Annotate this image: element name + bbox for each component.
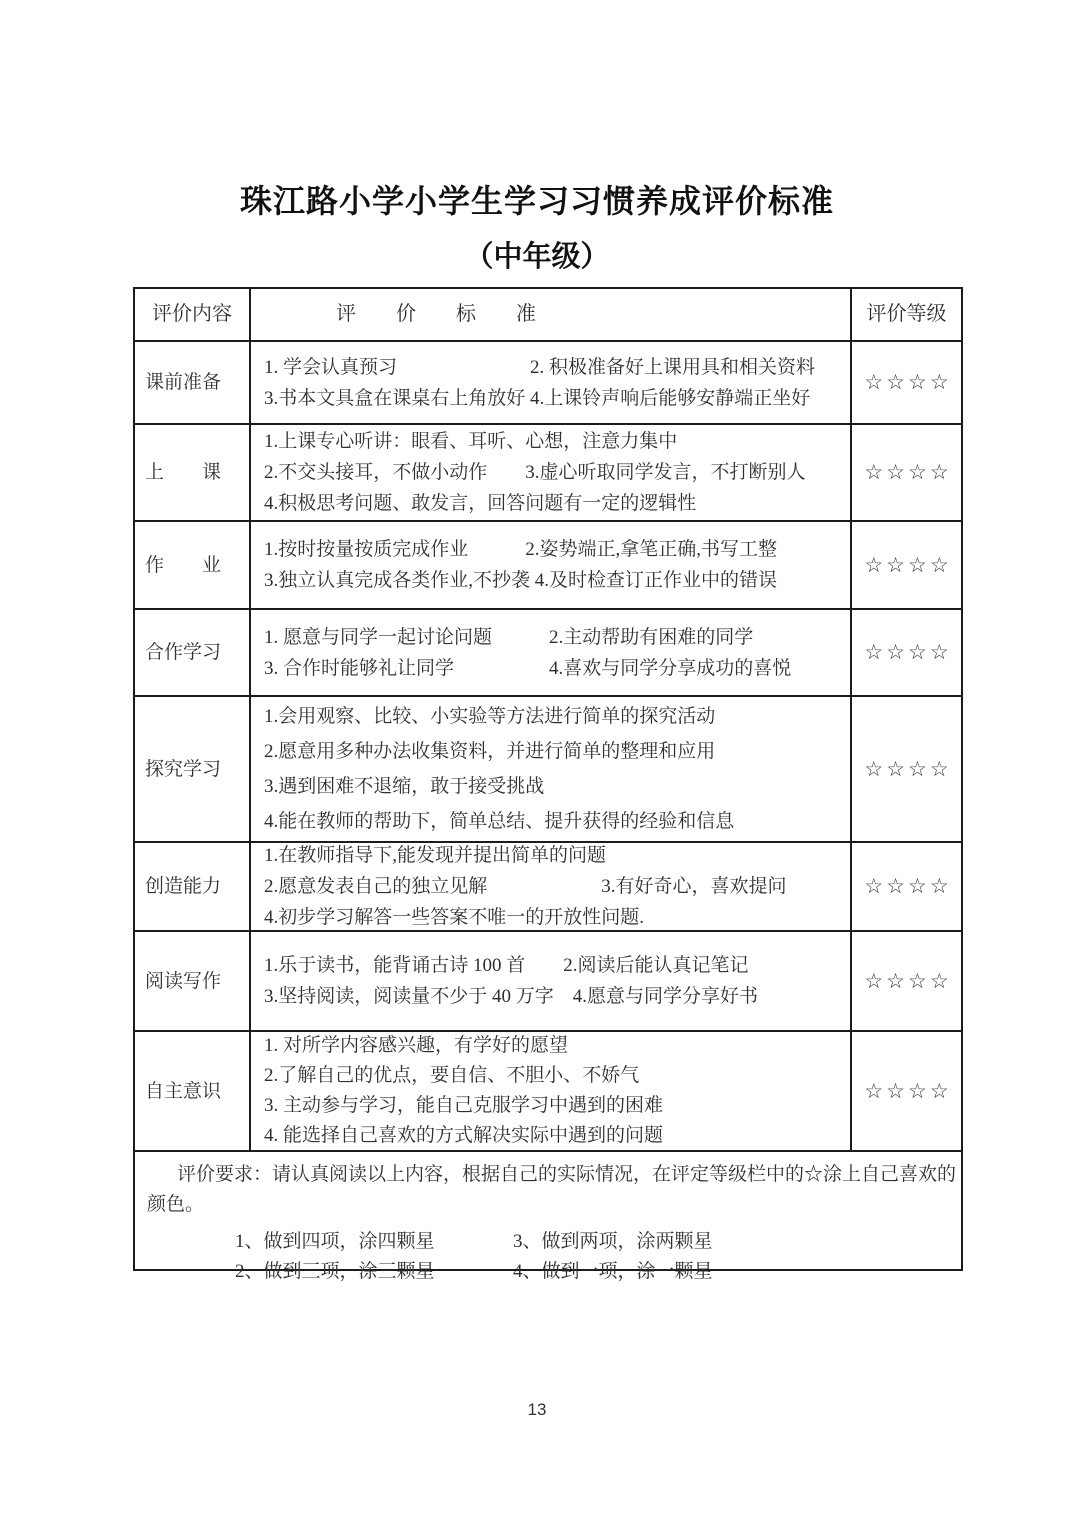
criteria-cell: 1.乐于读书，能背诵古诗 100 首 2.阅读后能认真记笔记 3.坚持阅读，阅读… [249,932,850,1030]
criteria-line: 4. 能选择自己喜欢的方式解决实际中遇到的问题 [264,1121,844,1151]
criteria-line: 2.愿意用多种办法收集资料，并进行简单的整理和应用 [264,734,844,769]
criteria-line: 1.会用观察、比较、小实验等方法进行简单的探究活动 [264,699,844,734]
criteria-cell: 1. 学会认真预习 2. 积极准备好上课用具和相关资料 3.书本文具盒在课桌右上… [249,342,850,423]
row-label: 探究学习 [135,697,249,841]
row-label: 阅读写作 [135,932,249,1030]
row-label: 上 课 [135,425,249,520]
criteria-line: 1. 学会认真预习 2. 积极准备好上课用具和相关资料 [264,352,844,383]
legend-item: 4、做到一项，涂一颗星 [513,1257,713,1287]
table-row: 创造能力 1.在教师指导下,能发现并提出简单的问题 2.愿意发表自己的独立见解 … [135,841,961,930]
star-rating: ☆☆☆☆ [850,610,961,695]
criteria-line: 1. 愿意与同学一起讨论问题 2.主动帮助有困难的同学 [264,622,844,653]
table-row: 自主意识 1. 对所学内容感兴趣，有学好的愿望 2.了解自己的优点，要自信、不胆… [135,1030,961,1150]
legend-item: 1、做到四项，涂四颗星 [235,1227,513,1257]
table-row: 阅读写作 1.乐于读书，能背诵古诗 100 首 2.阅读后能认真记笔记 3.坚持… [135,930,961,1030]
requirements-text-cont: 颜色。 [135,1190,961,1220]
page-title: 珠江路小学小学生学习习惯养成评价标准 [0,176,1074,222]
row-label: 自主意识 [135,1032,249,1150]
table-row: 课前准备 1. 学会认真预习 2. 积极准备好上课用具和相关资料 3.书本文具盒… [135,340,961,423]
page-subtitle: （中年级） [0,234,1074,275]
star-rating: ☆☆☆☆ [850,932,961,1030]
criteria-line: 1.上课专心听讲：眼看、耳听、心想，注意力集中 [264,426,844,457]
requirements-text: 评价要求：请认真阅读以上内容，根据自己的实际情况，在评定等级栏中的☆涂上自己喜欢… [135,1160,961,1190]
criteria-line: 2.了解自己的优点，要自信、不胆小、不娇气 [264,1061,844,1091]
star-rating: ☆☆☆☆ [850,1032,961,1150]
header-content: 评价内容 [135,289,249,340]
row-label: 合作学习 [135,610,249,695]
table-footer-row: 评价要求：请认真阅读以上内容，根据自己的实际情况，在评定等级栏中的☆涂上自己喜欢… [135,1150,961,1269]
row-label: 作 业 [135,522,249,608]
criteria-line: 4.积极思考问题、敢发言，回答问题有一定的逻辑性 [264,488,844,519]
criteria-cell: 1.按时按量按质完成作业 2.姿势端正,拿笔正确,书写工整 3.独立认真完成各类… [249,522,850,608]
table-row: 作 业 1.按时按量按质完成作业 2.姿势端正,拿笔正确,书写工整 3.独立认真… [135,520,961,608]
criteria-line: 3. 合作时能够礼让同学 4.喜欢与同学分享成功的喜悦 [264,653,844,684]
star-rating: ☆☆☆☆ [850,425,961,520]
criteria-line: 1. 对所学内容感兴趣，有学好的愿望 [264,1031,844,1061]
table-row: 合作学习 1. 愿意与同学一起讨论问题 2.主动帮助有困难的同学 3. 合作时能… [135,608,961,695]
criteria-cell: 1.在教师指导下,能发现并提出简单的问题 2.愿意发表自己的独立见解 3.有好奇… [249,843,850,930]
row-label: 课前准备 [135,342,249,423]
star-rating: ☆☆☆☆ [850,522,961,608]
legend-row: 1、做到四项，涂四颗星 3、做到两项，涂两颗星 [135,1227,961,1257]
legend-item: 2、做到三项，涂三颗星 [235,1257,513,1287]
header-criteria: 评 价 标 准 [249,289,850,340]
criteria-line: 3.遇到困难不退缩，敢于接受挑战 [264,769,844,804]
evaluation-table: 评价内容 评 价 标 准 评价等级 课前准备 1. 学会认真预习 2. 积极准备… [133,287,963,1271]
header-grade: 评价等级 [850,289,961,340]
criteria-line: 1.在教师指导下,能发现并提出简单的问题 [264,840,844,871]
criteria-line: 2.愿意发表自己的独立见解 3.有好奇心，喜欢提问 [264,871,844,902]
legend-item: 3、做到两项，涂两颗星 [513,1227,713,1257]
criteria-line: 3. 主动参与学习，能自己克服学习中遇到的困难 [264,1091,844,1121]
star-rating: ☆☆☆☆ [850,843,961,930]
criteria-cell: 1. 对所学内容感兴趣，有学好的愿望 2.了解自己的优点，要自信、不胆小、不娇气… [249,1032,850,1150]
document-page: 珠江路小学小学生学习习惯养成评价标准 （中年级） 评价内容 评 价 标 准 评价… [0,0,1074,1520]
criteria-line: 4.初步学习解答一些答案不唯一的开放性问题. [264,902,844,933]
star-rating: ☆☆☆☆ [850,697,961,841]
criteria-cell: 1.会用观察、比较、小实验等方法进行简单的探究活动 2.愿意用多种办法收集资料，… [249,697,850,841]
criteria-line: 1.按时按量按质完成作业 2.姿势端正,拿笔正确,书写工整 [264,534,844,565]
table-row: 探究学习 1.会用观察、比较、小实验等方法进行简单的探究活动 2.愿意用多种办法… [135,695,961,841]
criteria-line: 3.独立认真完成各类作业,不抄袭 4.及时检查订正作业中的错误 [264,565,844,596]
table-row: 上 课 1.上课专心听讲：眼看、耳听、心想，注意力集中 2.不交头接耳，不做小动… [135,423,961,520]
criteria-line: 1.乐于读书，能背诵古诗 100 首 2.阅读后能认真记笔记 [264,950,844,981]
criteria-cell: 1.上课专心听讲：眼看、耳听、心想，注意力集中 2.不交头接耳，不做小动作 3.… [249,425,850,520]
criteria-line: 4.能在教师的帮助下，简单总结、提升获得的经验和信息 [264,804,844,839]
criteria-line: 3.坚持阅读，阅读量不少于 40 万字 4.愿意与同学分享好书 [264,981,844,1012]
criteria-line: 3.书本文具盒在课桌右上角放好 4.上课铃声响后能够安静端正坐好 [264,383,844,414]
criteria-cell: 1. 愿意与同学一起讨论问题 2.主动帮助有困难的同学 3. 合作时能够礼让同学… [249,610,850,695]
criteria-line: 2.不交头接耳，不做小动作 3.虚心听取同学发言，不打断别人 [264,457,844,488]
page-number: 13 [0,1400,1074,1420]
legend-row: 2、做到三项，涂三颗星 4、做到一项，涂一颗星 [135,1257,961,1287]
row-label: 创造能力 [135,843,249,930]
star-rating: ☆☆☆☆ [850,342,961,423]
evaluation-requirements: 评价要求：请认真阅读以上内容，根据自己的实际情况，在评定等级栏中的☆涂上自己喜欢… [135,1152,961,1269]
star-legend: 1、做到四项，涂四颗星 3、做到两项，涂两颗星 2、做到三项，涂三颗星 4、做到… [135,1227,961,1287]
table-header-row: 评价内容 评 价 标 准 评价等级 [135,289,961,340]
